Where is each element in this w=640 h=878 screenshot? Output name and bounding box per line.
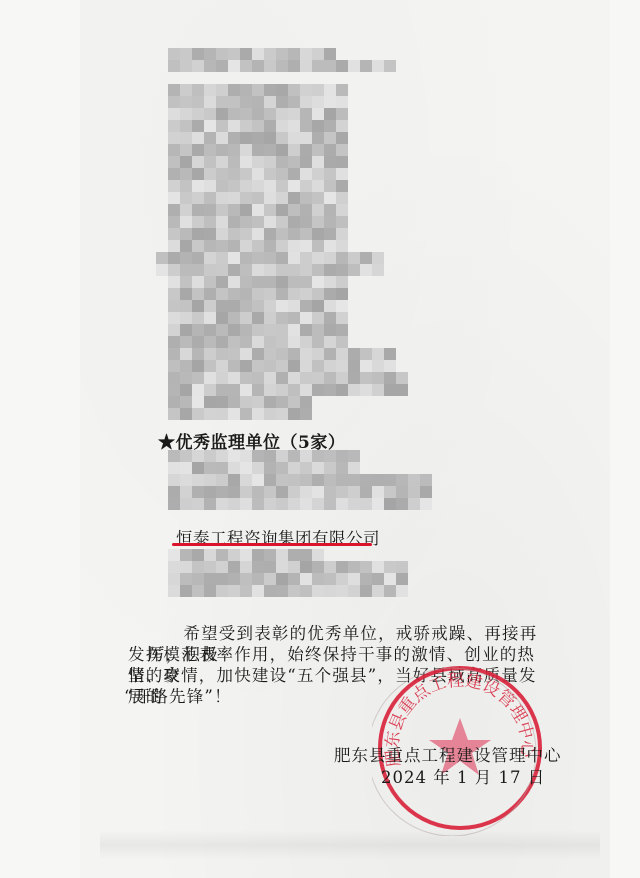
mosaic-block bbox=[168, 474, 432, 510]
mosaic-block bbox=[168, 180, 348, 252]
mosaic-block bbox=[168, 276, 348, 348]
mosaic-block bbox=[168, 60, 396, 72]
mosaic-block bbox=[168, 561, 408, 597]
mosaic-block bbox=[168, 549, 324, 561]
mosaic-block bbox=[168, 108, 348, 180]
section-heading: ★优秀监理单位（5家） bbox=[158, 428, 345, 453]
red-underline bbox=[172, 543, 372, 546]
signature-organization: 肥东县重点工程建设管理中心 bbox=[334, 742, 562, 766]
paper-shadow bbox=[100, 830, 600, 860]
mosaic-block bbox=[168, 348, 396, 372]
mosaic-block bbox=[156, 252, 384, 276]
signature-date: 2024 年 1 月 17 日 bbox=[381, 764, 545, 788]
mosaic-block bbox=[168, 372, 408, 396]
mosaic-block bbox=[168, 450, 360, 474]
mosaic-block bbox=[168, 84, 348, 108]
mosaic-block bbox=[168, 396, 312, 420]
